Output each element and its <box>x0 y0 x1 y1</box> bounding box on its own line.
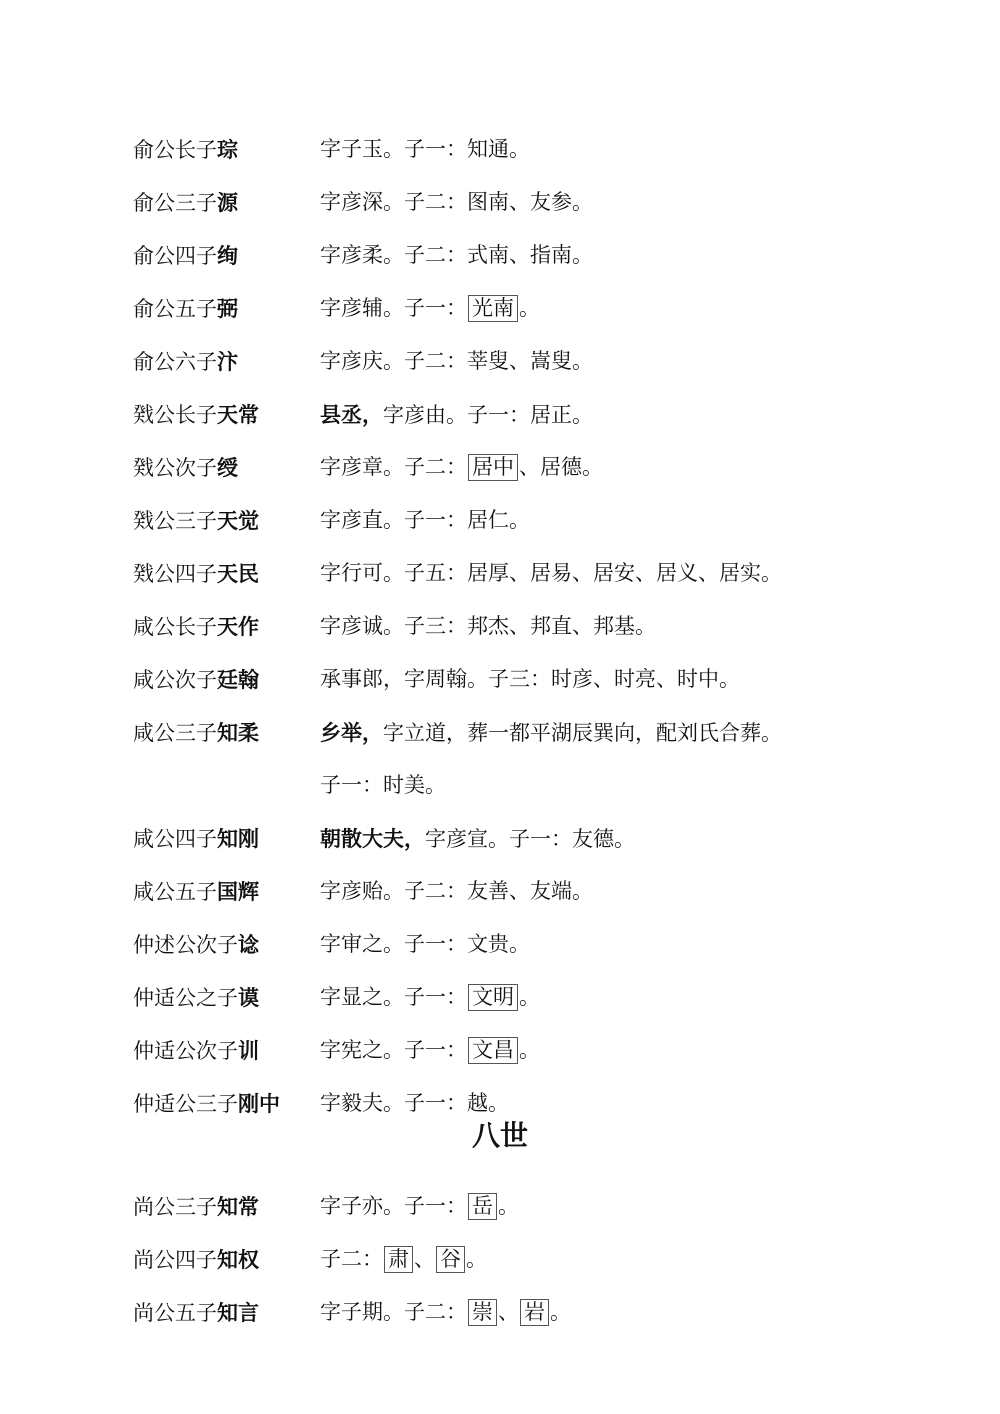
genealogy-row: 咸公五子国辉字彦贻。子二：友善、友端。 <box>133 878 593 906</box>
detail-segment: 字彦柔。子二：式南、指南。 <box>320 243 593 267</box>
genealogy-row: 咸公三子知柔乡举，字立道，葬一都平湖辰巽向，配刘氏合葬。 <box>133 719 782 747</box>
genealogy-row: 戣公长子天常县丞，字彦由。子一：居正。 <box>133 401 593 429</box>
row-prefix: 仲适公三子 <box>133 1092 238 1116</box>
boxed-descendant-name: 崇 <box>468 1299 497 1326</box>
genealogy-row: 戣公三子天觉字彦直。子一：居仁。 <box>133 507 530 535</box>
genealogy-row: 仲适公之子谟字显之。子一：文明。 <box>133 984 540 1012</box>
row-ancestor-name: 廷翰 <box>217 667 259 692</box>
row-ancestor-name: 知言 <box>217 1300 259 1325</box>
detail-segment: 、 <box>498 1300 519 1324</box>
detail-segment: 朝散大夫， <box>320 826 425 851</box>
row-prefix: 咸公四子 <box>133 827 217 851</box>
row-ancestor-name: 国辉 <box>217 879 259 904</box>
detail-segment: 字子玉。子一：知通。 <box>320 137 530 161</box>
row-ancestor-name: 天觉 <box>217 508 259 533</box>
genealogy-row: 戣公次子绶字彦章。子二：居中、居德。 <box>133 454 603 482</box>
row-prefix: 戣公次子 <box>133 456 217 480</box>
row-detail: 子二：肃、谷。 <box>320 1246 487 1273</box>
detail-segment: 县丞， <box>320 402 383 427</box>
detail-segment: 字彦章。子二： <box>320 455 467 479</box>
row-name-column: 咸公五子国辉 <box>133 878 320 906</box>
detail-segment: 。 <box>498 1194 519 1218</box>
row-name-column: 尚公三子知常 <box>133 1193 320 1221</box>
genealogy-row: 尚公三子知常字子亦。子一：岳。 <box>133 1193 519 1221</box>
row-ancestor-name: 弼 <box>217 296 238 321</box>
row-ancestor-name: 知权 <box>217 1247 259 1272</box>
row-detail: 字彦直。子一：居仁。 <box>320 507 530 534</box>
row-detail: 字毅夫。子一：越。 <box>320 1090 509 1117</box>
row-ancestor-name: 知常 <box>217 1194 259 1219</box>
row-ancestor-name: 天民 <box>217 561 259 586</box>
detail-segment: 字子亦。子一： <box>320 1194 467 1218</box>
row-ancestor-name: 源 <box>217 190 238 215</box>
row-detail: 县丞，字彦由。子一：居正。 <box>320 401 593 429</box>
row-detail: 字彦庆。子二：莘叟、嵩叟。 <box>320 348 593 375</box>
row-detail: 字彦诚。子三：邦杰、邦直、邦基。 <box>320 613 656 640</box>
boxed-descendant-name: 光南 <box>468 295 518 322</box>
row-prefix: 尚公三子 <box>133 1195 217 1219</box>
row-prefix: 咸公三子 <box>133 721 217 745</box>
genealogy-row: 仲适公次子训字宪之。子一：文昌。 <box>133 1037 540 1065</box>
boxed-descendant-name: 谷 <box>436 1246 465 1273</box>
row-prefix: 俞公六子 <box>133 350 217 374</box>
detail-segment: 字彦由。子一：居正。 <box>383 403 593 427</box>
detail-segment: 字宪之。子一： <box>320 1038 467 1062</box>
row-name-column: 俞公三子源 <box>133 189 320 217</box>
detail-segment: 字行可。子五：居厚、居易、居安、居义、居实。 <box>320 561 782 585</box>
row-detail: 承事郎，字周翰。子三：时彦、时亮、时中。 <box>320 666 740 693</box>
row-ancestor-name: 汴 <box>217 349 238 374</box>
row-name-column: 仲适公次子训 <box>133 1037 320 1065</box>
boxed-descendant-name: 肃 <box>384 1246 413 1273</box>
row-name-column: 俞公长子琮 <box>133 136 320 164</box>
genealogy-row: 俞公四子绚字彦柔。子二：式南、指南。 <box>133 242 593 270</box>
row-detail: 乡举，字立道，葬一都平湖辰巽向，配刘氏合葬。 <box>320 719 782 747</box>
genealogy-row: 俞公六子汴字彦庆。子二：莘叟、嵩叟。 <box>133 348 593 376</box>
row-prefix: 仲述公次子 <box>133 933 238 957</box>
detail-segment: 字毅夫。子一：越。 <box>320 1091 509 1115</box>
row-detail: 字彦柔。子二：式南、指南。 <box>320 242 593 269</box>
detail-segment: 字彦深。子二：图南、友参。 <box>320 190 593 214</box>
detail-segment: 字子期。子二： <box>320 1300 467 1324</box>
row-detail: 字宪之。子一：文昌。 <box>320 1037 540 1064</box>
row-ancestor-name: 刚中 <box>238 1091 280 1116</box>
row-prefix: 咸公长子 <box>133 615 217 639</box>
detail-segment: 、 <box>414 1247 435 1271</box>
boxed-descendant-name: 岩 <box>520 1299 549 1326</box>
row-name-column: 咸公四子知刚 <box>133 825 320 853</box>
detail-segment: 。 <box>466 1247 487 1271</box>
row-ancestor-name: 训 <box>238 1038 259 1063</box>
row-name-column: 尚公五子知言 <box>133 1299 320 1327</box>
row-detail: 字彦章。子二：居中、居德。 <box>320 454 603 481</box>
row-detail: 字审之。子一：文贵。 <box>320 931 530 958</box>
row-detail: 字彦贻。子二：友善、友端。 <box>320 878 593 905</box>
genealogy-row: 仲适公三子刚中字毅夫。子一：越。 <box>133 1090 509 1118</box>
row-prefix: 俞公长子 <box>133 138 217 162</box>
boxed-descendant-name: 文昌 <box>468 1037 518 1064</box>
row-prefix: 戣公长子 <box>133 403 217 427</box>
row-name-column: 尚公四子知权 <box>133 1246 320 1274</box>
row-prefix: 尚公四子 <box>133 1248 217 1272</box>
detail-segment: 乡举， <box>320 720 383 745</box>
row-name-column: 仲述公次子谂 <box>133 931 320 959</box>
detail-segment: 字立道，葬一都平湖辰巽向，配刘氏合葬。 <box>383 721 782 745</box>
genealogy-row: 咸公长子天作字彦诚。子三：邦杰、邦直、邦基。 <box>133 613 656 641</box>
row-prefix: 戣公三子 <box>133 509 217 533</box>
boxed-descendant-name: 文明 <box>468 984 518 1011</box>
detail-segment: 字彦诚。子三：邦杰、邦直、邦基。 <box>320 614 656 638</box>
row-name-column: 仲适公三子刚中 <box>133 1090 320 1118</box>
row-prefix: 咸公次子 <box>133 668 217 692</box>
detail-segment: 子一：时美。 <box>320 773 446 797</box>
row-prefix: 俞公五子 <box>133 297 217 321</box>
genealogy-row: 咸公四子知刚朝散大夫，字彦宣。子一：友德。 <box>133 825 635 853</box>
detail-segment: 字彦贻。子二：友善、友端。 <box>320 879 593 903</box>
detail-segment: 、居德。 <box>519 455 603 479</box>
genealogy-row: 俞公三子源字彦深。子二：图南、友参。 <box>133 189 593 217</box>
row-prefix: 咸公五子 <box>133 880 217 904</box>
row-detail: 字子期。子二：崇、岩。 <box>320 1299 571 1326</box>
row-prefix: 仲适公次子 <box>133 1039 238 1063</box>
genealogy-row: 俞公五子弼字彦辅。子一：光南。 <box>133 295 540 323</box>
row-name-column: 咸公三子知柔 <box>133 719 320 747</box>
row-ancestor-name: 知柔 <box>217 720 259 745</box>
genealogy-row: 仲述公次子谂字审之。子一：文贵。 <box>133 931 530 959</box>
detail-segment: 字彦宣。子一：友德。 <box>425 827 635 851</box>
detail-segment: 。 <box>519 1038 540 1062</box>
row-detail: 朝散大夫，字彦宣。子一：友德。 <box>320 825 635 853</box>
row-ancestor-name: 绚 <box>217 243 238 268</box>
genealogy-row: 子一：时美。 <box>133 772 446 799</box>
boxed-descendant-name: 居中 <box>468 454 518 481</box>
row-ancestor-name: 知刚 <box>217 826 259 851</box>
row-ancestor-name: 天作 <box>217 614 259 639</box>
detail-segment: 子二： <box>320 1247 383 1271</box>
row-name-column: 俞公四子绚 <box>133 242 320 270</box>
genealogy-row: 戣公四子天民字行可。子五：居厚、居易、居安、居义、居实。 <box>133 560 782 588</box>
row-ancestor-name: 谂 <box>238 932 259 957</box>
row-prefix: 俞公四子 <box>133 244 217 268</box>
row-name-column: 俞公五子弼 <box>133 295 320 323</box>
detail-segment: 字审之。子一：文贵。 <box>320 932 530 956</box>
row-detail: 字行可。子五：居厚、居易、居安、居义、居实。 <box>320 560 782 587</box>
genealogy-row: 咸公次子廷翰承事郎，字周翰。子三：时彦、时亮、时中。 <box>133 666 740 694</box>
row-detail: 字子玉。子一：知通。 <box>320 136 530 163</box>
row-detail: 字彦深。子二：图南、友参。 <box>320 189 593 216</box>
row-prefix: 尚公五子 <box>133 1301 217 1325</box>
row-ancestor-name: 谟 <box>238 985 259 1010</box>
genealogy-row: 俞公长子琮字子玉。子一：知通。 <box>133 136 530 164</box>
row-detail: 字显之。子一：文明。 <box>320 984 540 1011</box>
detail-segment: 字显之。子一： <box>320 985 467 1009</box>
genealogy-row: 尚公五子知言字子期。子二：崇、岩。 <box>133 1299 571 1327</box>
row-prefix: 仲适公之子 <box>133 986 238 1010</box>
boxed-descendant-name: 岳 <box>468 1193 497 1220</box>
genealogy-row: 尚公四子知权子二：肃、谷。 <box>133 1246 487 1274</box>
row-ancestor-name: 绶 <box>217 455 238 480</box>
genealogy-page: 八世 俞公长子琮字子玉。子一：知通。俞公三子源字彦深。子二：图南、友参。俞公四子… <box>0 0 1000 1414</box>
detail-segment: 字彦庆。子二：莘叟、嵩叟。 <box>320 349 593 373</box>
row-name-column: 咸公次子廷翰 <box>133 666 320 694</box>
row-detail: 子一：时美。 <box>320 772 446 799</box>
generation-heading: 八世 <box>0 1118 1000 1154</box>
row-name-column: 戣公长子天常 <box>133 401 320 429</box>
row-ancestor-name: 琮 <box>217 137 238 162</box>
row-name-column: 仲适公之子谟 <box>133 984 320 1012</box>
row-name-column: 咸公长子天作 <box>133 613 320 641</box>
row-detail: 字彦辅。子一：光南。 <box>320 295 540 322</box>
row-ancestor-name: 天常 <box>217 402 259 427</box>
row-prefix: 俞公三子 <box>133 191 217 215</box>
row-name-column: 戣公三子天觉 <box>133 507 320 535</box>
detail-segment: 。 <box>519 296 540 320</box>
row-prefix: 戣公四子 <box>133 562 217 586</box>
detail-segment: 。 <box>550 1300 571 1324</box>
row-name-column: 戣公次子绶 <box>133 454 320 482</box>
detail-segment: 字彦直。子一：居仁。 <box>320 508 530 532</box>
detail-segment: 字彦辅。子一： <box>320 296 467 320</box>
detail-segment: 承事郎，字周翰。子三：时彦、时亮、时中。 <box>320 667 740 691</box>
detail-segment: 。 <box>519 985 540 1009</box>
row-name-column: 俞公六子汴 <box>133 348 320 376</box>
row-detail: 字子亦。子一：岳。 <box>320 1193 519 1220</box>
row-name-column: 戣公四子天民 <box>133 560 320 588</box>
